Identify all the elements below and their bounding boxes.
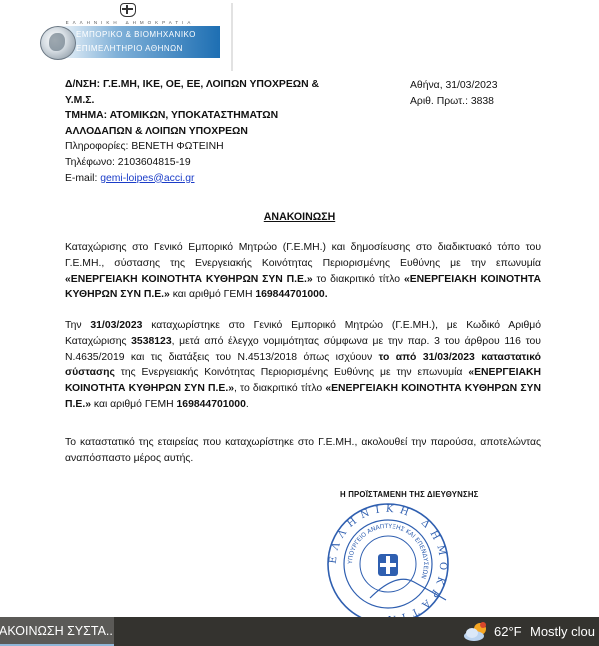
official-stamp-icon: ΕΛΛΗΝΙΚΗ ΔΗΜΟΚΡΑΤΙΑ ΥΠΟΥΡΓΕΙΟ ΑΝΑΠΤΥΞΗΣ … [326, 502, 450, 617]
info-contact: Πληροφορίες: ΒΕΝΕΤΗ ΦΩΤΕΙΝΗ [65, 139, 365, 155]
protocol-number: Αριθ. Πρωτ.: 3838 [410, 94, 497, 110]
sender-block: Δ/ΝΣΗ: Γ.Ε.ΜΗ, ΙΚΕ, ΟΕ, ΕΕ, ΛΟΙΠΩΝ ΥΠΟΧΡ… [65, 77, 365, 186]
directorate: Δ/ΝΣΗ: Γ.Ε.ΜΗ, ΙΚΕ, ΟΕ, ΕΕ, ΛΟΙΠΩΝ ΥΠΟΧΡ… [65, 77, 365, 108]
hermes-globe-icon [40, 26, 76, 60]
department: ΤΜΗΜΑ: ΑΤΟΜΙΚΩΝ, ΥΠΟΚΑΤΑΣΤΗΜΑΤΩΝ ΑΛΛΟΔΑΠ… [65, 108, 365, 139]
temperature: 62°F [494, 617, 522, 646]
weather-condition: Mostly clou [530, 617, 595, 646]
date-block: Αθήνα, 31/03/2023 Αριθ. Πρωτ.: 3838 [410, 78, 497, 109]
taskbar-window-label: ΑΚΟΙΝΩΣΗ ΣΥΣΤΑ... [0, 617, 114, 645]
document-page: ΕΛΛΗΝΙΚΗ ΔΗΜΟΚΡΑΤΙΑ ΕΜΠΟΡΙΚΟ & ΒΙΟΜΗΧΑΝΙ… [0, 0, 599, 617]
email-row: E-mail: gemi-loipes@acci.gr [65, 171, 365, 187]
taskbar: ΑΚΟΙΝΩΣΗ ΣΥΣΤΑ... 62°F Mostly clou [0, 617, 599, 646]
chamber-logo: ΕΛΛΗΝΙΚΗ ΔΗΜΟΚΡΑΤΙΑ ΕΜΠΟΡΙΚΟ & ΒΙΟΜΗΧΑΝΙ… [38, 0, 222, 66]
logo-banner: ΕΜΠΟΡΙΚΟ & ΒΙΟΜΗΧΑΝΙΚΟ ΕΠΙΜΕΛΗΤΗΡΙΟ ΑΘΗΝ… [62, 26, 220, 58]
header-divider [231, 3, 233, 71]
greek-crest-icon [120, 3, 136, 17]
logo-line-2: ΕΠΙΜΕΛΗΤΗΡΙΟ ΑΘΗΝΩΝ [76, 44, 226, 53]
logo-line-1: ΕΜΠΟΡΙΚΟ & ΒΙΟΜΗΧΑΝΙΚΟ [76, 30, 226, 39]
email-link[interactable]: gemi-loipes@acci.gr [100, 173, 194, 184]
date: Αθήνα, 31/03/2023 [410, 78, 497, 94]
paragraph-2: Την 31/03/2023 καταχωρίστηκε στο Γενικό … [65, 318, 541, 413]
announcement-title: ΑΝΑΚΟΙΝΩΣΗ [0, 211, 599, 223]
phone: Τηλέφωνο: 2103604815-19 [65, 155, 365, 171]
taskbar-active-window[interactable]: ΑΚΟΙΝΩΣΗ ΣΥΣΤΑ... [0, 617, 114, 646]
partly-cloudy-icon [463, 622, 489, 642]
paragraph-3: Το καταστατικό της εταιρείας που καταχωρ… [65, 435, 541, 467]
republic-label: ΕΛΛΗΝΙΚΗ ΔΗΜΟΚΡΑΤΙΑ [40, 20, 220, 25]
signature-title: Η ΠΡΟΪΣΤΑΜΕΝΗ ΤΗΣ ΔΙΕΥΘΥΝΣΗΣ [340, 490, 479, 499]
paragraph-1: Καταχώρισης στο Γενικό Εμπορικό Μητρώο (… [65, 240, 541, 303]
